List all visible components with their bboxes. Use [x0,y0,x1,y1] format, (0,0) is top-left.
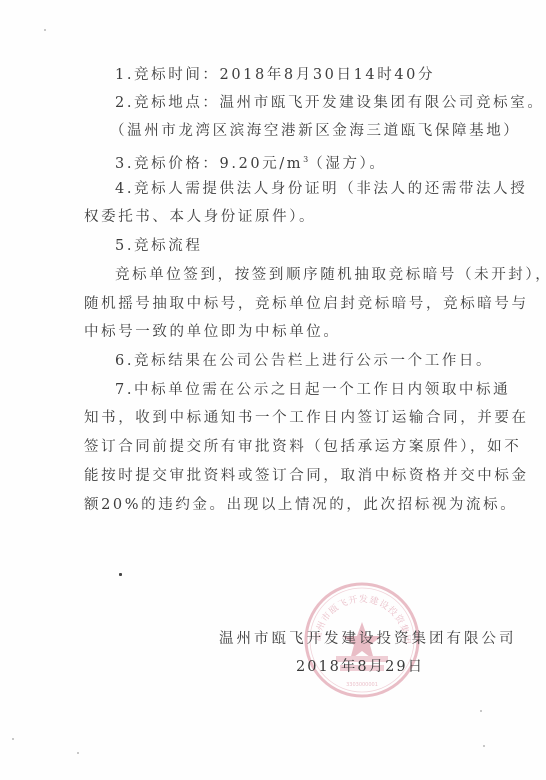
scan-speck [483,745,485,747]
item-7-line-3: 签订合同前提交所有审批资料（包括承运方案原件），如不 [84,438,521,456]
price-suffix: （湿方）。 [308,156,386,172]
scan-speck [44,29,46,31]
item-7-line-4: 能按时提交审批资料或签订合同，取消中标资格并交中标金 [84,467,529,485]
item-7-line-1: 7.中标单位需在公示之日起一个工作日内领取中标通 [115,381,510,399]
item-7-line-2: 知书，收到中标通知书一个工作日内签订运输合同，并要在 [84,409,529,427]
procedure-text-line-1: 竞标单位签到，按签到顺序随机抽取竞标暗号（未开封）， [115,266,546,284]
scan-speck [77,752,79,754]
item-2-address: （温州市龙湾区滨海空港新区金海三道瓯飞保障基地） [110,122,520,140]
scan-speck [12,738,14,740]
item-4-requirements: 4.竞标人需提供法人身份证明（非法人的还需带法人授 [115,180,527,198]
svg-text:3303000001: 3303000001 [346,682,378,688]
item-4-requirements-cont: 权委托书、本人身份证原件）。 [84,208,316,226]
scan-speck [480,710,482,712]
procedure-text-line-3: 中标号一致的单位即为中标单位。 [84,323,341,341]
procedure-text-line-2: 随机摇号抽取中标号，竞标单位启封竞标暗号，竞标暗号与 [84,295,529,313]
item-1-time: 1.竞标时间：2018年8月30日14时40分 [115,66,435,84]
item-5-procedure-heading: 5.竞标流程 [115,237,202,255]
item-2-location: 2.竞标地点：温州市瓯飞开发建设集团有限公司竞标室。 [115,94,544,112]
price-prefix: 3.竞标价格：9.20元/m [115,156,303,172]
signature-company: 温州市瓯飞开发建设投资集团有限公司 [219,627,517,648]
document-page: 1.竞标时间：2018年8月30日14时40分 2.竞标地点：温州市瓯飞开发建设… [0,0,546,780]
item-3-price: 3.竞标价格：9.20元/m3（湿方）。 [115,151,387,173]
scan-dot [119,573,122,576]
signature-date: 2018年8月29日 [296,655,424,676]
item-6-result-notice: 6.竞标结果在公司公告栏上进行公示一个工作日。 [115,352,493,370]
item-7-line-5: 额20%的违约金。出现以上情况的，此次招标视为流标。 [84,496,517,514]
